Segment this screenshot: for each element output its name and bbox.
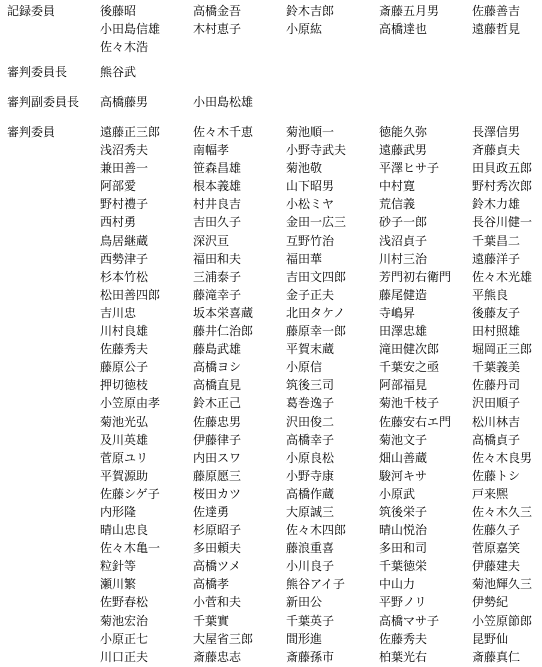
member-name: 高橋直見 <box>193 376 286 394</box>
name-grid: 後藤昭高橋金吾鈴木吉郎斎藤五月男佐藤善吉小田島信雄木村恵子小原紘高橋達也遠藤哲見… <box>100 2 542 56</box>
member-name: 杉本竹松 <box>100 268 193 286</box>
member-name: 伊勢紀 <box>472 593 542 611</box>
member-name: 金田一広三 <box>286 213 379 231</box>
member-name: 菊池光弘 <box>100 413 193 431</box>
member-name: 千葉義美 <box>472 358 542 376</box>
member-name: 柏葉光右 <box>379 648 472 666</box>
member-name: 畑山善蔵 <box>379 449 472 467</box>
member-name: 駿河キサ <box>379 467 472 485</box>
member-name: 兼田善一 <box>100 159 193 177</box>
member-name: 小野寺武夫 <box>286 141 379 159</box>
member-name: 小原正七 <box>100 630 193 648</box>
member-name: 小原武 <box>379 485 472 503</box>
member-name: 根本義雄 <box>193 177 286 195</box>
member-name: 鈴木力雄 <box>472 195 542 213</box>
member-name: 内田スワ <box>193 449 286 467</box>
member-name: 佐達勇 <box>193 503 286 521</box>
member-name: 小田島信雄 <box>100 20 193 38</box>
member-name: 沢田順子 <box>472 394 542 412</box>
member-name: 藤原幸一郎 <box>286 322 379 340</box>
member-name: 鳥居継蔵 <box>100 232 193 250</box>
member-name: 佐々木久三 <box>472 503 542 521</box>
member-name: 三浦泰子 <box>193 268 286 286</box>
member-name: 大屋省三郎 <box>193 630 286 648</box>
role-label: 審判委員長 <box>7 63 67 81</box>
member-name: 菊池宏治 <box>100 612 193 630</box>
member-name: 粒針等 <box>100 557 193 575</box>
member-name: 筑後栄子 <box>379 503 472 521</box>
member-name: 高橋ツメ <box>193 557 286 575</box>
member-name: 高橋藤男 <box>100 93 193 111</box>
member-name: 筑後三司 <box>286 376 379 394</box>
member-name: 小原信 <box>286 358 379 376</box>
member-name: 佐藤丹司 <box>472 376 542 394</box>
member-name: 斎藤忠志 <box>193 648 286 666</box>
role-label: 記録委員 <box>7 2 55 20</box>
member-name: 千葉英子 <box>286 612 379 630</box>
member-name: 藤滝幸子 <box>193 286 286 304</box>
member-name: 小川良子 <box>286 557 379 575</box>
member-name: 菊池千枝子 <box>379 394 472 412</box>
member-name: 藤尾健造 <box>379 286 472 304</box>
member-name: 中村寛 <box>379 177 472 195</box>
member-name: 葛巻逸子 <box>286 394 379 412</box>
member-name: 小原紘 <box>286 20 379 38</box>
member-name: 大原誠三 <box>286 503 379 521</box>
member-name: 藤井仁治郎 <box>193 322 286 340</box>
member-name: 阿部愛 <box>100 177 193 195</box>
member-name: 野村秀次郎 <box>472 177 542 195</box>
member-name: 菅原嘉笑 <box>472 539 542 557</box>
member-name: 桜田カツ <box>193 485 286 503</box>
member-name: 田貝政五郎 <box>472 159 542 177</box>
member-name: 野村禮子 <box>100 195 193 213</box>
member-name: 高橋達也 <box>379 20 472 38</box>
member-name: 小松ミヤ <box>286 195 379 213</box>
member-name: 坂本栄喜蔵 <box>193 304 286 322</box>
member-name: 晴山忠良 <box>100 521 193 539</box>
member-name: 藤島武雄 <box>193 340 286 358</box>
member-name: 佐々木良男 <box>472 449 542 467</box>
member-name: 佐々木四郎 <box>286 521 379 539</box>
member-name: 金子正夫 <box>286 286 379 304</box>
member-name: 中山力 <box>379 575 472 593</box>
role-label: 審判委員 <box>7 123 55 141</box>
member-name: 佐藤秀夫 <box>379 630 472 648</box>
member-name: 千葉徳栄 <box>379 557 472 575</box>
member-name: 昆野仙 <box>472 630 542 648</box>
member-name: 新田公 <box>286 593 379 611</box>
member-name: 深沢亘 <box>193 232 286 250</box>
member-name: 山下昭男 <box>286 177 379 195</box>
member-name: 川村良雄 <box>100 322 193 340</box>
member-name: 内形隆 <box>100 503 193 521</box>
member-name: 千葉安之亟 <box>379 358 472 376</box>
member-name: 川村三治 <box>379 250 472 268</box>
member-name: 荒信義 <box>379 195 472 213</box>
member-name: 鈴木正己 <box>193 394 286 412</box>
member-name: 遠藤哲見 <box>472 20 542 38</box>
member-name: 菊池輝久三 <box>472 575 542 593</box>
member-name: 熊谷武 <box>100 63 193 81</box>
member-name: 笹森昌雄 <box>193 159 286 177</box>
member-name: 福田華 <box>286 250 379 268</box>
member-name: 寺嶋昇 <box>379 304 472 322</box>
member-name: 杉原昭子 <box>193 521 286 539</box>
member-name: 伊藤建夫 <box>472 557 542 575</box>
member-name: 田村照雄 <box>472 322 542 340</box>
member-name: 及川英雄 <box>100 431 193 449</box>
member-name: 沢田俊二 <box>286 413 379 431</box>
member-name: 千葉昌二 <box>472 232 542 250</box>
member-name: 菊池順一 <box>286 123 379 141</box>
member-name: 平熊良 <box>472 286 542 304</box>
member-name: 遠藤洋子 <box>472 250 542 268</box>
member-name: 川口正夫 <box>100 648 193 666</box>
member-name: 長谷川健一 <box>472 213 542 231</box>
member-name: 高橋幸子 <box>286 431 379 449</box>
member-name: 吉田久子 <box>193 213 286 231</box>
member-name: 佐藤トシ <box>472 467 542 485</box>
member-name: 佐藤忠男 <box>193 413 286 431</box>
member-name: 西勢津子 <box>100 250 193 268</box>
member-name: 菊池文子 <box>379 431 472 449</box>
member-name: 芳門初右衛門 <box>379 268 472 286</box>
member-name: 吉川忠 <box>100 304 193 322</box>
member-name: 戸来熈 <box>472 485 542 503</box>
member-name: 高橋金吾 <box>193 2 286 20</box>
role-label: 審判副委員長 <box>7 93 79 111</box>
member-name: 平賀源助 <box>100 467 193 485</box>
member-name: 佐々木千恵 <box>193 123 286 141</box>
member-name: 北田タケノ <box>286 304 379 322</box>
member-name: 松川林吉 <box>472 413 542 431</box>
member-name: 佐藤安右エ門 <box>379 413 472 431</box>
member-name: 藤原愿三 <box>193 467 286 485</box>
member-name: 長澤信男 <box>472 123 542 141</box>
member-name: 藤浪重喜 <box>286 539 379 557</box>
member-name: 佐藤久子 <box>472 521 542 539</box>
member-name: 佐々木亀一 <box>100 539 193 557</box>
member-name: 徳能久弥 <box>379 123 472 141</box>
member-name: 平野ノリ <box>379 593 472 611</box>
member-name: 佐藤善吉 <box>472 2 542 20</box>
name-grid: 高橋藤男小田島松雄 <box>100 93 542 111</box>
member-name: 互野竹治 <box>286 232 379 250</box>
member-name: 吉田文四郎 <box>286 268 379 286</box>
member-name: 小野寺康 <box>286 467 379 485</box>
member-name: 藤原公子 <box>100 358 193 376</box>
member-name: 小笠原由孝 <box>100 394 193 412</box>
member-name: 千葉實 <box>193 612 286 630</box>
member-name: 高橋ヨシ <box>193 358 286 376</box>
member-name: 浅沼秀夫 <box>100 141 193 159</box>
member-name: 鈴木吉郎 <box>286 2 379 20</box>
member-name: 押切徳枝 <box>100 376 193 394</box>
member-name: 滝田健次郎 <box>379 340 472 358</box>
member-name: 斎藤五月男 <box>379 2 472 20</box>
member-name: 平澤ヒサ子 <box>379 159 472 177</box>
member-name: 菅原ユリ <box>100 449 193 467</box>
member-name: 浅沼貞子 <box>379 232 472 250</box>
member-name: 小菅和夫 <box>193 593 286 611</box>
member-name: 小田島松雄 <box>193 93 286 111</box>
member-name: 砂子一郎 <box>379 213 472 231</box>
member-name: 堀岡正三郎 <box>472 340 542 358</box>
member-name: 遠藤武男 <box>379 141 472 159</box>
member-name: 菊池敬 <box>286 159 379 177</box>
member-name: 小原良松 <box>286 449 379 467</box>
member-name: 佐藤秀夫 <box>100 340 193 358</box>
name-grid: 遠藤正三郎佐々木千恵菊池順一徳能久弥長澤信男浅沼秀夫南幅孝小野寺武夫遠藤武男斉藤… <box>100 123 542 666</box>
member-name: 多田和司 <box>379 539 472 557</box>
member-name: 阿部福見 <box>379 376 472 394</box>
member-name: 斎藤真仁 <box>472 648 542 666</box>
member-name: 佐々木浩 <box>100 38 193 56</box>
member-name: 福田和夫 <box>193 250 286 268</box>
member-name: 佐藤シゲ子 <box>100 485 193 503</box>
member-name: 西村勇 <box>100 213 193 231</box>
member-name: 高橋貞子 <box>472 431 542 449</box>
member-name: 佐野春松 <box>100 593 193 611</box>
member-name: 伊藤律子 <box>193 431 286 449</box>
member-name: 多田頼夫 <box>193 539 286 557</box>
member-name: 瀬川繁 <box>100 575 193 593</box>
member-name: 後藤昭 <box>100 2 193 20</box>
member-name: 村井良吉 <box>193 195 286 213</box>
member-name: 平賀末蔵 <box>286 340 379 358</box>
member-name: 高橋作蔵 <box>286 485 379 503</box>
member-name: 間形進 <box>286 630 379 648</box>
member-name: 高橋マサ子 <box>379 612 472 630</box>
member-name: 佐々木光雄 <box>472 268 542 286</box>
member-name: 晴山悦治 <box>379 521 472 539</box>
member-name: 遠藤正三郎 <box>100 123 193 141</box>
member-name: 田澤忠雄 <box>379 322 472 340</box>
member-name: 高橋孝 <box>193 575 286 593</box>
member-name: 熊谷アイ子 <box>286 575 379 593</box>
member-name: 後藤友子 <box>472 304 542 322</box>
member-name: 小笠原節郎 <box>472 612 542 630</box>
member-name: 斉藤貞夫 <box>472 141 542 159</box>
name-grid: 熊谷武 <box>100 63 542 81</box>
member-name: 松田善四郎 <box>100 286 193 304</box>
member-name: 南幅孝 <box>193 141 286 159</box>
member-name: 斎藤孫市 <box>286 648 379 666</box>
member-name: 木村恵子 <box>193 20 286 38</box>
